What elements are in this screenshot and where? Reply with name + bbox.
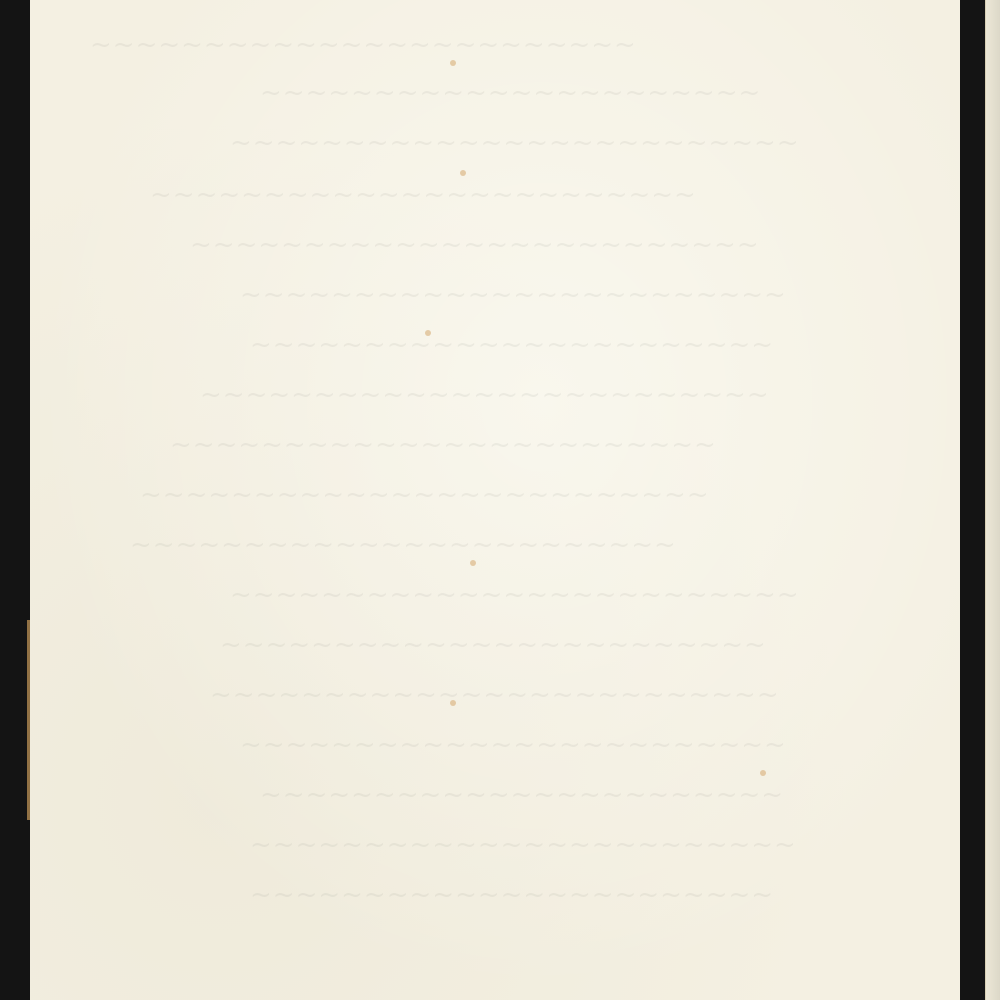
bleed-through-line: ~~~~~~~~~~~~~~~~~~~~~~~~ xyxy=(240,730,787,760)
bleed-through-line: ~~~~~~~~~~~~~~~~~~~~~~~~ xyxy=(170,430,717,460)
bleed-through-line: ~~~~~~~~~~~~~~~~~~~~~~~~ xyxy=(220,630,767,660)
bleed-through-line: ~~~~~~~~~~~~~~~~~~~~~~~~~ xyxy=(200,380,770,410)
foxing-spot xyxy=(460,170,466,176)
bleed-through-line: ~~~~~~~~~~~~~~~~~~~~~~~ xyxy=(250,330,774,360)
foxing-spot xyxy=(425,330,431,336)
page-edge-stain xyxy=(27,620,30,820)
bleed-through-line: ~~~~~~~~~~~~~~~~~~~~~~~~ xyxy=(250,830,797,860)
bleed-through-line: ~~~~~~~~~~~~~~~~~~~~~~~~~ xyxy=(210,680,780,710)
foxing-spot xyxy=(450,700,456,706)
bleed-through-line: ~~~~~~~~~~~~~~~~~~~~~~~ xyxy=(250,880,774,910)
foxing-spot xyxy=(470,560,476,566)
bleed-through-line: ~~~~~~~~~~~~~~~~~~~~~~~~ xyxy=(150,180,697,210)
bleed-through-line: ~~~~~~~~~~~~~~~~~~~~~~~~ xyxy=(90,30,637,60)
bleed-through-line: ~~~~~~~~~~~~~~~~~~~~~~ xyxy=(260,78,761,108)
page-edge-right xyxy=(985,0,1000,1000)
bleed-through-line: ~~~~~~~~~~~~~~~~~~~~~~~~~ xyxy=(190,230,760,260)
bleed-through-line: ~~~~~~~~~~~~~~~~~~~~~~~~~ xyxy=(230,128,800,158)
bleed-through-line: ~~~~~~~~~~~~~~~~~~~~~~~~~ xyxy=(140,480,710,510)
bleed-through-line: ~~~~~~~~~~~~~~~~~~~~~~~~~ xyxy=(230,580,800,610)
bleed-through-line: ~~~~~~~~~~~~~~~~~~~~~~~~ xyxy=(130,530,677,560)
foxing-spot xyxy=(760,770,766,776)
bleed-through-line: ~~~~~~~~~~~~~~~~~~~~~~~~ xyxy=(240,280,787,310)
foxing-spot xyxy=(450,60,456,66)
bleed-through-line: ~~~~~~~~~~~~~~~~~~~~~~~ xyxy=(260,780,784,810)
manuscript-page: ~~~~~~~~~~~~~~~~~~~~~~~~ ~~~~~~~~~~~~~~~… xyxy=(30,0,960,1000)
